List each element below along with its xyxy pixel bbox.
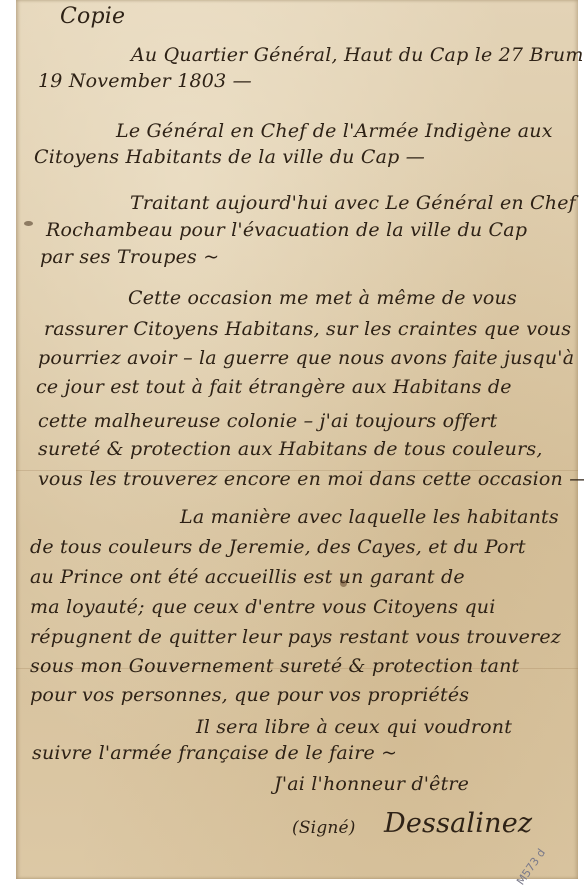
paragraph-3-line-1: La manière avec laquelle les habitants <box>180 506 559 528</box>
paragraph-2-line-3: pourriez avoir – la guerre que nous avon… <box>38 347 574 369</box>
paragraph-2-line-4: ce jour est tout à fait étrangère aux Ha… <box>36 376 512 398</box>
address-line-1: Le Général en Chef de l'Armée Indigène a… <box>116 120 553 142</box>
paragraph-2-line-7: vous les trouverez encore en moi dans ce… <box>38 468 584 490</box>
paragraph-3-line-7: pour vos personnes, que pour vos proprié… <box>30 684 469 706</box>
catalog-stamp: M573 d <box>514 846 548 879</box>
paragraph-3-line-2: de tous couleurs de Jeremie, des Cayes, … <box>30 536 526 558</box>
place-date-line-2: 19 November 1803 — <box>38 70 252 92</box>
paragraph-2-line-2: rassurer Citoyens Habitans, sur les crai… <box>44 318 571 340</box>
manuscript-page: Copie Au Quartier Général, Haut du Cap l… <box>16 0 578 879</box>
paragraph-3-line-6: sous mon Gouvernement sureté & protectio… <box>30 655 519 677</box>
paragraph-1-line-2: Rochambeau pour l'évacuation de la ville… <box>46 219 527 241</box>
paragraph-4-line-2: suivre l'armée française de le faire ~ <box>32 742 397 764</box>
paragraph-2-line-6: sureté & protection aux Habitans de tous… <box>38 438 543 460</box>
paragraph-3-line-4: ma loyauté; que ceux d'entre vous Citoye… <box>30 596 496 618</box>
paragraph-1-line-1: Traitant aujourd'hui avec Le Général en … <box>130 192 576 214</box>
signature-prefix: (Signé) <box>292 818 356 838</box>
address-line-2: Citoyens Habitants de la ville du Cap — <box>34 146 425 168</box>
paragraph-2-line-1: Cette occasion me met à même de vous <box>128 287 517 309</box>
paragraph-2-line-5: cette malheureuse colonie – j'ai toujour… <box>38 410 497 432</box>
copy-header: Copie <box>60 4 125 29</box>
signature: Dessalinez <box>384 808 532 839</box>
paragraph-3-line-5: répugnent de quitter leur pays restant v… <box>30 626 561 648</box>
ink-blot <box>24 221 33 226</box>
place-date-line-1: Au Quartier Général, Haut du Cap le 27 B… <box>131 44 584 66</box>
paragraph-3-line-3: au Prince ont été accueillis est un gara… <box>30 566 465 588</box>
paragraph-4-line-1: Il sera libre à ceux qui voudront <box>196 716 512 738</box>
ink-stain <box>340 580 347 587</box>
closing-line: J'ai l'honneur d'être <box>274 773 469 795</box>
paragraph-1-line-3: par ses Troupes ~ <box>40 246 219 268</box>
